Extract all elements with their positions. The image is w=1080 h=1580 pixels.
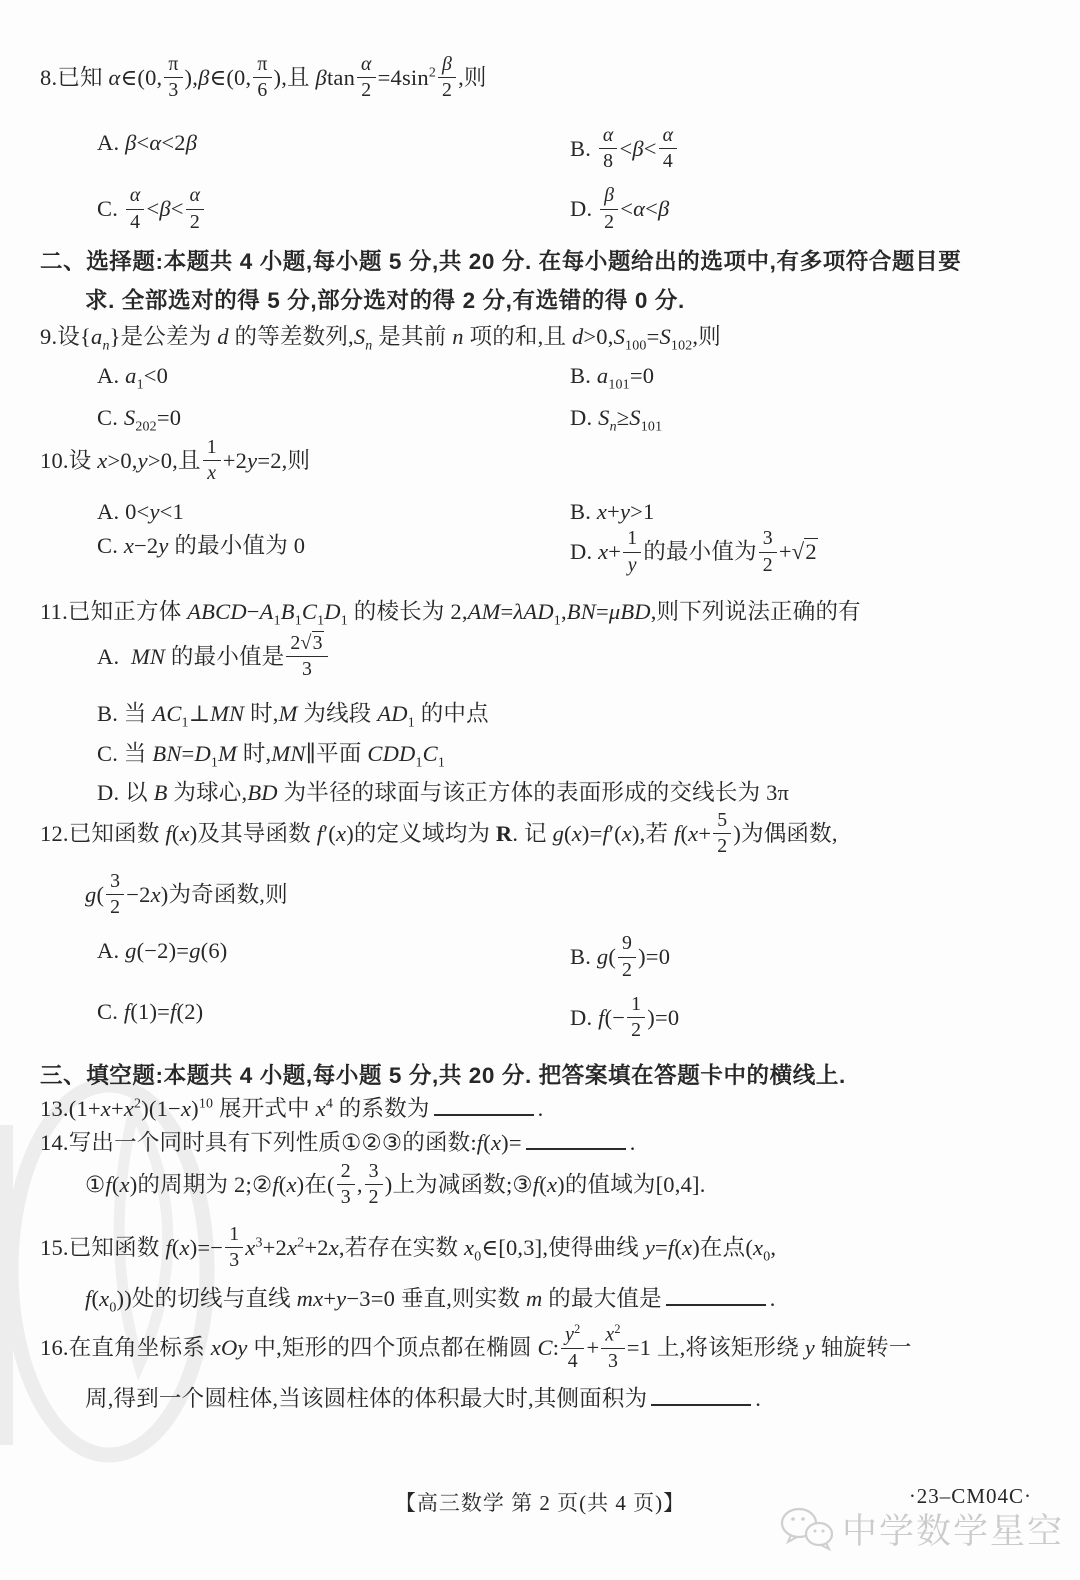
question-9-option-c: C. S202=0 [97,401,570,438]
question-9-option-b: B. a101=0 [570,359,1045,396]
question-8-option-a: A. β<α<2β [97,126,570,176]
question-10-option-b: B. x+y>1 [570,495,1045,529]
question-8-options-row-2: C. α4<β<α2 D. β2<α<β [40,186,1045,236]
question-11-option-b: B. 当 AC1⊥MN 时,M 为线段 AD1 的中点 [40,697,1045,734]
section-3-header: 三、填空题:本题共 4 小题,每小题 5 分,共 20 分. 把答案填在答题卡中… [40,1059,1045,1093]
question-8-options-row-1: A. β<α<2β B. α8<β<α4 [40,126,1045,176]
question-15-stem-line-1: 15.已知函数 f(x)=−13x3+2x2+2x,若存在实数 x0∈[0,3]… [40,1225,1045,1275]
question-11-stem: 11.已知正方体 ABCD−A1B1C1D1 的棱长为 2,AM=λAD1,BN… [40,595,1045,632]
exam-page: 8.已知 α∈(0,π3),β∈(0,π6),且 βtanα2=4sin2β2,… [0,0,1080,1580]
question-16-stem-line-1: 16.在直角坐标系 xOy 中,矩形的四个顶点都在椭圆 C:y24+x23=1 … [40,1324,1045,1375]
publisher-watermark: 中学数学星空 [777,1504,1064,1554]
question-11-option-a: A. MN 的最小值是2√33 [40,634,1045,684]
question-16-stem-line-2: 周,得到一个圆柱体,当该圆柱体的体积最大时,其侧面积为. [40,1382,1045,1416]
answer-blank [651,1402,751,1406]
question-12-options-row-2: C. f(1)=f(2) D. f(−12)=0 [40,995,1045,1045]
section-2-header-line-1: 二、选择题:本题共 4 小题,每小题 5 分,共 20 分. 在每小题给出的选项… [40,245,1045,279]
question-12-options-row-1: A. g(−2)=g(6) B. g(92)=0 [40,934,1045,984]
question-9-option-a: A. a1<0 [97,359,570,396]
question-12-option-d: D. f(−12)=0 [570,995,1045,1045]
question-12-option-a: A. g(−2)=g(6) [97,934,570,984]
question-11-option-d: D. 以 B 为球心,BD 为半径的球面与该正方体的表面形成的交线长为 3π [40,776,1045,810]
question-9-stem: 9.设{an}是公差为 d 的等差数列,Sn 是其前 n 项的和,且 d>0,S… [40,320,1045,357]
question-12-option-b: B. g(92)=0 [570,934,1045,984]
question-12-stem-line-2: g(32−2x)为奇函数,则 [40,872,1045,922]
question-8-option-c: C. α4<β<α2 [97,186,570,236]
publisher-name: 中学数学星空 [842,1504,1064,1554]
question-8-option-b: B. α8<β<α4 [570,126,1045,176]
question-12-stem-line-1: 12.已知函数 f(x)及其导函数 f′(x)的定义域均为 R. 记 g(x)=… [40,811,1045,861]
question-8-option-d: D. β2<α<β [570,186,1045,236]
question-9-options-row-2: C. S202=0 D. Sn≥S101 [40,401,1045,438]
answer-blank [526,1146,626,1150]
section-2-header-line-2: 求. 全部选对的得 5 分,部分选对的得 2 分,有选错的得 0 分. [40,284,1045,318]
question-9-option-d: D. Sn≥S101 [570,401,1045,438]
question-15-stem-line-2: f(x0))处的切线与直线 mx+y−3=0 垂直,则实数 m 的最大值是. [40,1282,1045,1319]
wechat-logo-icon [777,1504,837,1554]
question-9-options-row-1: A. a1<0 B. a101=0 [40,359,1045,396]
question-10-options-row-2: C. x−2y 的最小值为 0 D. x+1y的最小值为32+√2 [40,529,1045,579]
question-14-stem-line-2: ①f(x)的周期为 2;②f(x)在(23,32)上为减函数;③f(x)的值域为… [40,1162,1045,1212]
question-10-options-row-1: A. 0<y<1 B. x+y>1 [40,495,1045,529]
question-12-option-c: C. f(1)=f(2) [97,995,570,1045]
question-13-stem: 13.(1+x+x2)(1−x)10 展开式中 x4 的系数为. [40,1092,1045,1126]
question-14-stem-line-1: 14.写出一个同时具有下列性质①②③的函数:f(x)=. [40,1126,1045,1160]
exam-body: 8.已知 α∈(0,π3),β∈(0,π6),且 βtanα2=4sin2β2,… [40,55,1045,1416]
question-10-option-d: D. x+1y的最小值为32+√2 [570,529,1045,579]
question-8-stem: 8.已知 α∈(0,π3),β∈(0,π6),且 βtanα2=4sin2β2,… [40,55,1045,105]
question-11-option-c: C. 当 BN=D1M 时,MN∥平面 CDD1C1 [40,737,1045,774]
question-10-option-c: C. x−2y 的最小值为 0 [97,529,570,579]
answer-blank [666,1302,766,1306]
question-10-stem: 10.设 x>0,y>0,且1x+2y=2,则 [40,438,1045,488]
answer-blank [434,1112,534,1116]
question-10-option-a: A. 0<y<1 [97,495,570,529]
